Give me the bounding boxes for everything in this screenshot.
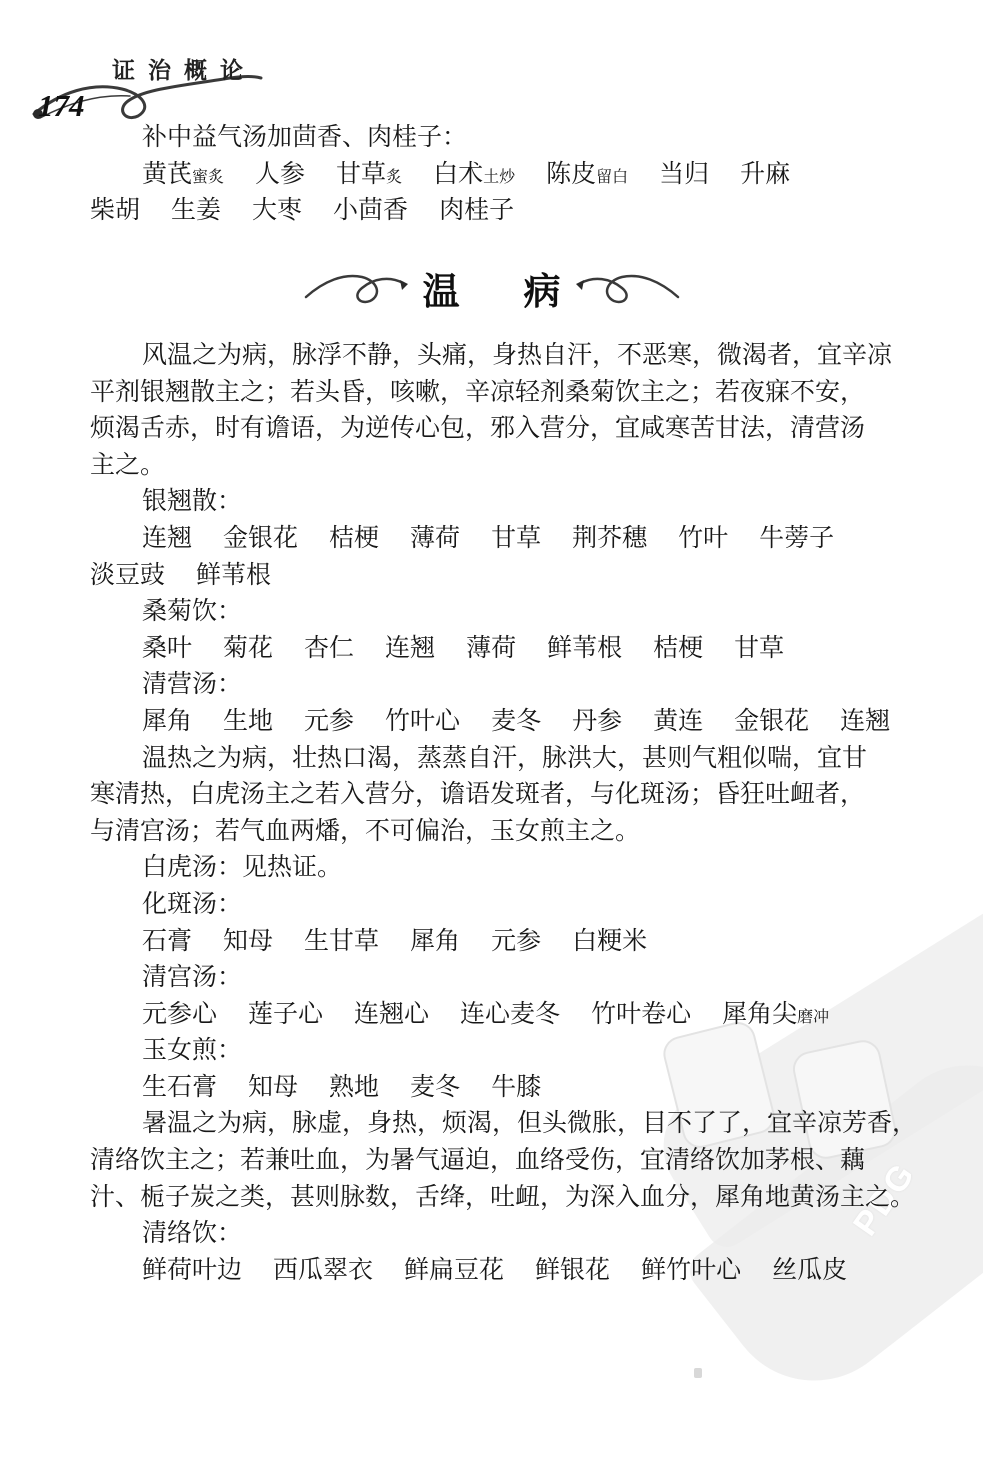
herb-name: 犀角 — [410, 928, 460, 955]
herb-name: 鲜银花 — [535, 1257, 610, 1284]
herb-item: 生甘草 — [304, 924, 379, 961]
text-line: 烦渴舌赤，时有谵语，为逆传心包，邪入营分，宜咸寒苦甘法，清营汤 — [90, 411, 905, 448]
herb-item: 金银花 — [223, 521, 298, 558]
herb-item: 麦冬 — [491, 704, 541, 741]
herb-name: 连心麦冬 — [460, 1001, 560, 1028]
herb-name: 连翘 — [142, 525, 192, 552]
herb-name: 麦冬 — [491, 708, 541, 735]
herb-item: 生石膏 — [142, 1070, 217, 1107]
herb-item: 元参 — [304, 704, 354, 741]
herb-name: 麦冬 — [410, 1074, 460, 1101]
text-line: 柴胡生姜大枣小茴香肉桂子 — [90, 193, 905, 230]
herb-name: 甘草 — [734, 635, 784, 662]
text-line: 清络饮主之；若兼吐血，为暑气逼迫，血络受伤，宜清络饮加茅根、藕 — [90, 1143, 905, 1180]
herb-item: 竹叶心 — [385, 704, 460, 741]
herb-name: 陈皮 — [546, 161, 596, 188]
herb-name: 桑叶 — [142, 635, 192, 662]
herb-name: 金银花 — [223, 525, 298, 552]
text-line: 银翘散： — [90, 484, 905, 521]
herb-name: 元参 — [491, 928, 541, 955]
herb-name: 连翘 — [840, 708, 890, 735]
herb-item: 甘草 — [734, 631, 784, 668]
herb-item: 犀角尖磨冲 — [722, 997, 829, 1037]
herb-item: 升麻 — [740, 157, 790, 194]
text-line: 桑叶菊花杏仁连翘薄荷鲜苇根桔梗甘草 — [90, 631, 905, 668]
herb-item: 知母 — [223, 924, 273, 961]
herb-item: 薄荷 — [410, 521, 460, 558]
herb-item: 连翘 — [385, 631, 435, 668]
herb-item: 黄芪蜜炙 — [142, 157, 224, 197]
herb-name: 鲜苇根 — [547, 635, 622, 662]
herb-item: 犀角 — [142, 704, 192, 741]
herb-name: 小茴香 — [333, 197, 408, 224]
herb-item: 犀角 — [410, 924, 460, 961]
herb-item: 莲子心 — [248, 997, 323, 1034]
book-page: PDG 证治概论 174 补中益气汤加茴香、肉桂子：黄芪蜜炙人参甘草炙白术土炒陈… — [0, 0, 983, 1470]
text-line: 白虎汤：见热证。 — [90, 850, 905, 887]
herb-item: 竹叶 — [678, 521, 728, 558]
text-line: 温热之为病，壮热口渴，蒸蒸自汗，脉洪大，甚则气粗似喘，宜甘 — [90, 741, 905, 778]
herb-item: 连翘 — [142, 521, 192, 558]
herb-name: 连翘心 — [354, 1001, 429, 1028]
herb-name: 鲜苇根 — [196, 562, 271, 589]
herb-name: 肉桂子 — [439, 197, 514, 224]
text-line: 补中益气汤加茴香、肉桂子： — [90, 120, 905, 157]
text-line: 犀角生地元参竹叶心麦冬丹参黄连金银花连翘 — [90, 704, 905, 741]
herb-name: 甘草 — [336, 161, 386, 188]
herb-name: 甘草 — [491, 525, 541, 552]
text-line: 风温之为病，脉浮不静，头痛，身热自汗，不恶寒，微渴者，宜辛凉 — [90, 338, 905, 375]
title-flourish-left-icon — [304, 263, 409, 314]
herb-item: 连心麦冬 — [460, 997, 560, 1034]
herb-item: 小茴香 — [333, 193, 408, 230]
herb-item: 鲜竹叶心 — [641, 1253, 741, 1290]
page-number: 174 — [38, 88, 85, 124]
herb-item: 丝瓜皮 — [772, 1253, 847, 1290]
text-line: 连翘金银花桔梗薄荷甘草荆芥穗竹叶牛蒡子 — [90, 521, 905, 558]
herb-item: 生地 — [223, 704, 273, 741]
herb-name: 淡豆豉 — [90, 562, 165, 589]
herb-item: 荆芥穗 — [572, 521, 647, 558]
herb-item: 薄荷 — [466, 631, 516, 668]
text-line: 主之。 — [90, 448, 905, 485]
text-line: 暑温之为病，脉虚，身热，烦渴，但头微胀，目不了了，宜辛凉芳香， — [90, 1106, 905, 1143]
herb-name: 大枣 — [252, 197, 302, 224]
herb-item: 连翘心 — [354, 997, 429, 1034]
herb-preparation-note: 炙 — [386, 169, 402, 186]
herb-item: 知母 — [248, 1070, 298, 1107]
text-line: 鲜荷叶边西瓜翠衣鲜扁豆花鲜银花鲜竹叶心丝瓜皮 — [90, 1253, 905, 1290]
herb-name: 生甘草 — [304, 928, 379, 955]
herb-item: 丹参 — [572, 704, 622, 741]
herb-name: 生地 — [223, 708, 273, 735]
herb-item: 鲜苇根 — [547, 631, 622, 668]
text-line: 玉女煎： — [90, 1033, 905, 1070]
herb-item: 大枣 — [252, 193, 302, 230]
herb-preparation-note: 磨冲 — [797, 1009, 829, 1026]
text-line: 清宫汤： — [90, 960, 905, 997]
herb-item: 甘草 — [491, 521, 541, 558]
herb-name: 白术 — [433, 161, 483, 188]
text-line: 桑菊饮： — [90, 594, 905, 631]
herb-name: 生石膏 — [142, 1074, 217, 1101]
herb-name: 熟地 — [329, 1074, 379, 1101]
herb-name: 鲜竹叶心 — [641, 1257, 741, 1284]
header-title: 证治概论 — [112, 52, 256, 85]
herb-item: 鲜苇根 — [196, 558, 271, 595]
herb-name: 杏仁 — [304, 635, 354, 662]
herb-name: 白粳米 — [572, 928, 647, 955]
herb-item: 连翘 — [840, 704, 890, 741]
herb-item: 陈皮留白 — [546, 157, 628, 197]
herb-name: 薄荷 — [466, 635, 516, 662]
herb-item: 白术土炒 — [433, 157, 515, 197]
herb-name: 柴胡 — [90, 197, 140, 224]
text-line: 石膏知母生甘草犀角元参白粳米 — [90, 924, 905, 961]
herb-name: 竹叶心 — [385, 708, 460, 735]
herb-item: 鲜荷叶边 — [142, 1253, 242, 1290]
herb-item: 柴胡 — [90, 193, 140, 230]
text-line: 元参心莲子心连翘心连心麦冬竹叶卷心犀角尖磨冲 — [90, 997, 905, 1034]
herb-item: 桔梗 — [329, 521, 379, 558]
herb-name: 鲜扁豆花 — [404, 1257, 504, 1284]
herb-name: 犀角尖 — [722, 1001, 797, 1028]
herb-name: 石膏 — [142, 928, 192, 955]
herb-item: 鲜银花 — [535, 1253, 610, 1290]
herb-item: 牛膝 — [491, 1070, 541, 1107]
text-line: 化斑汤： — [90, 887, 905, 924]
herb-name: 知母 — [223, 928, 273, 955]
herb-name: 竹叶卷心 — [591, 1001, 691, 1028]
section-title-row: 温 病 — [0, 252, 983, 324]
herb-name: 人参 — [255, 161, 305, 188]
text-line: 平剂银翘散主之；若头昏，咳嗽，辛凉轻剂桑菊饮主之；若夜寐不安， — [90, 375, 905, 412]
herb-name: 桔梗 — [653, 635, 703, 662]
herb-item: 熟地 — [329, 1070, 379, 1107]
herb-name: 荆芥穗 — [572, 525, 647, 552]
herb-item: 元参 — [491, 924, 541, 961]
section-title-char-2: 病 — [524, 261, 561, 315]
herb-item: 黄连 — [653, 704, 703, 741]
title-flourish-right-icon — [575, 263, 680, 314]
herb-name: 竹叶 — [678, 525, 728, 552]
herb-preparation-note: 土炒 — [483, 169, 515, 186]
herb-preparation-note: 留白 — [596, 169, 628, 186]
top-formula-block: 补中益气汤加茴香、肉桂子：黄芪蜜炙人参甘草炙白术土炒陈皮留白当归升麻柴胡生姜大枣… — [90, 120, 905, 230]
herb-item: 人参 — [255, 157, 305, 194]
herb-name: 黄芪 — [142, 161, 192, 188]
herb-item: 金银花 — [734, 704, 809, 741]
herb-item: 牛蒡子 — [759, 521, 834, 558]
herb-name: 牛蒡子 — [759, 525, 834, 552]
herb-name: 生姜 — [171, 197, 221, 224]
herb-name: 连翘 — [385, 635, 435, 662]
herb-name: 金银花 — [734, 708, 809, 735]
text-line: 汁、栀子炭之类，甚则脉数，舌绛，吐衄，为深入血分，犀角地黄汤主之。 — [90, 1180, 905, 1217]
herb-name: 西瓜翠衣 — [273, 1257, 373, 1284]
herb-item: 桔梗 — [653, 631, 703, 668]
herb-name: 薄荷 — [410, 525, 460, 552]
section-title-char-1: 温 — [423, 261, 460, 315]
herb-name: 犀角 — [142, 708, 192, 735]
herb-name: 丹参 — [572, 708, 622, 735]
body-text-block: 风温之为病，脉浮不静，头痛，身热自汗，不恶寒，微渴者，宜辛凉平剂银翘散主之；若头… — [90, 338, 905, 1289]
herb-name: 元参 — [304, 708, 354, 735]
herb-item: 西瓜翠衣 — [273, 1253, 373, 1290]
herb-name: 菊花 — [223, 635, 273, 662]
text-line: 淡豆豉鲜苇根 — [90, 558, 905, 595]
herb-item: 元参心 — [142, 997, 217, 1034]
herb-preparation-note: 蜜炙 — [192, 169, 224, 186]
herb-name: 升麻 — [740, 161, 790, 188]
herb-name: 桔梗 — [329, 525, 379, 552]
herb-item: 甘草炙 — [336, 157, 402, 197]
text-line: 黄芪蜜炙人参甘草炙白术土炒陈皮留白当归升麻 — [90, 157, 905, 194]
herb-name: 鲜荷叶边 — [142, 1257, 242, 1284]
herb-name: 当归 — [659, 161, 709, 188]
herb-item: 当归 — [659, 157, 709, 194]
text-line: 清营汤： — [90, 667, 905, 704]
herb-item: 桑叶 — [142, 631, 192, 668]
herb-item: 肉桂子 — [439, 193, 514, 230]
text-line: 与清宫汤；若气血两燔，不可偏治，玉女煎主之。 — [90, 814, 905, 851]
herb-name: 知母 — [248, 1074, 298, 1101]
herb-item: 石膏 — [142, 924, 192, 961]
herb-name: 牛膝 — [491, 1074, 541, 1101]
herb-item: 鲜扁豆花 — [404, 1253, 504, 1290]
herb-item: 杏仁 — [304, 631, 354, 668]
herb-name: 元参心 — [142, 1001, 217, 1028]
scan-artifact — [694, 1368, 702, 1378]
text-line: 清络饮： — [90, 1216, 905, 1253]
herb-item: 淡豆豉 — [90, 558, 165, 595]
text-line: 生石膏知母熟地麦冬牛膝 — [90, 1070, 905, 1107]
herb-item: 生姜 — [171, 193, 221, 230]
herb-item: 白粳米 — [572, 924, 647, 961]
herb-name: 黄连 — [653, 708, 703, 735]
text-line: 寒清热，白虎汤主之若入营分，谵语发斑者，与化斑汤；昏狂吐衄者， — [90, 777, 905, 814]
herb-item: 竹叶卷心 — [591, 997, 691, 1034]
herb-name: 丝瓜皮 — [772, 1257, 847, 1284]
herb-item: 菊花 — [223, 631, 273, 668]
herb-item: 麦冬 — [410, 1070, 460, 1107]
herb-name: 莲子心 — [248, 1001, 323, 1028]
